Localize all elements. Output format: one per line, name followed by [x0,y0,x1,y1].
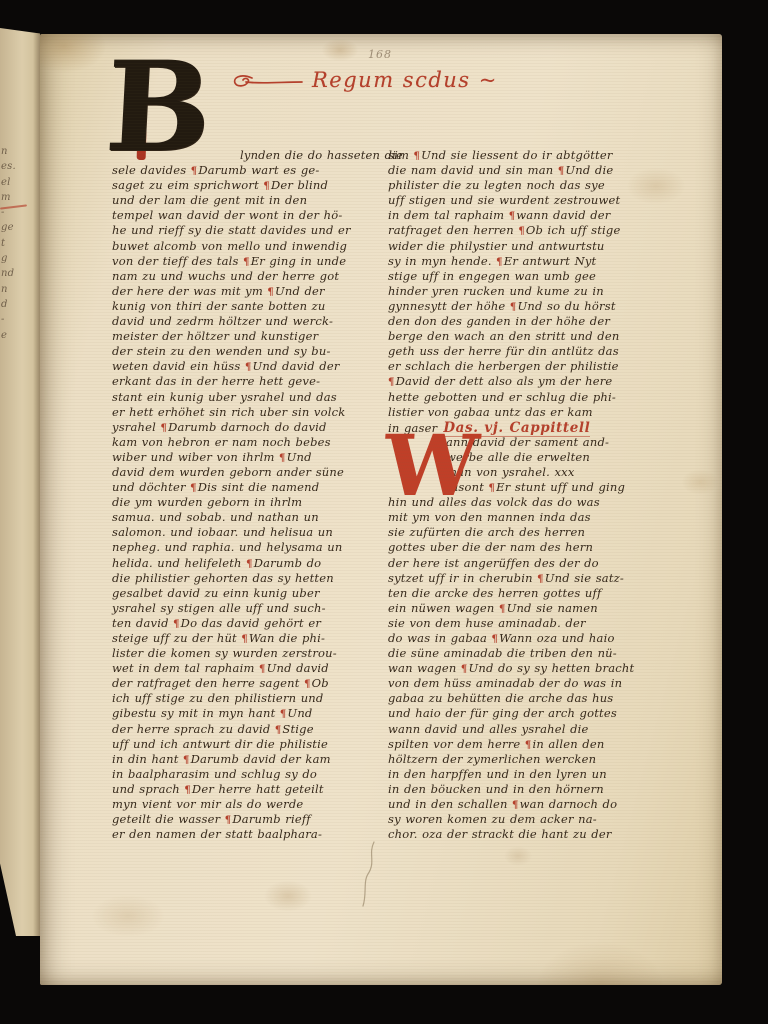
text-line: nepheg. und raphia. und helysama un [112,540,390,555]
text-line: die süne aminadab die triben den nü- [388,646,666,661]
text-line: el [0,177,31,192]
text-line: geth uss der herre für din antlütz das [388,344,666,359]
text-line: er den namen der statt baalphara- [112,827,390,842]
text-line: in dem tal raphaim ¶wann david der [388,208,666,223]
text-line: buwet alcomb von mello und inwendig [112,239,390,254]
text-line: do was in gabaa ¶Wann oza und haio [388,631,666,646]
text-line: helida. und helifeleth ¶Darumb do [112,556,390,571]
text-line: wider die philystier und antwurtstu [388,239,666,254]
text-line: hinder yren rucken und kume zu in [388,284,666,299]
text-line: und in den schallen ¶wan darnoch do [388,797,666,812]
text-line: philister die zu legten noch das sye [388,178,666,193]
text-line: steige uff zu der hüt ¶Wan die phi- [112,631,390,646]
text-line: und döchter ¶Dis sint die namend [112,480,390,495]
text-line: chor. oza der strackt die hant zu der [388,827,666,842]
text-line: es. [0,161,31,176]
text-line: - [0,207,31,222]
text-line: g [0,253,31,268]
ink-flourish-mark [358,840,384,910]
text-line: d [0,299,31,314]
text-line: in den böucken und in den hörnern [388,782,666,797]
text-line: david und zedrm höltzer und werck- [112,314,390,329]
text-line: ten die arcke des herren gottes uff [388,586,666,601]
title-flourish [232,69,304,91]
text-line: und haio der für ging der arch gottes [388,706,666,721]
text-line: von dem hüss aminadab der do was in [388,676,666,691]
text-line: ich uff stige zu den philistiern und [112,691,390,706]
text-line: und der lam die gent mit in den [112,193,390,208]
text-line: weten david ein hüss ¶Und david der [112,359,390,374]
text-line: salomon. und iobaar. und helisua un [112,525,390,540]
text-line: ten david ¶Do das david gehört er [112,616,390,631]
text-line: tempel wan david der wont in der hö- [112,208,390,223]
text-line: den don des ganden in der höhe der [388,314,666,329]
text-line: kam von hebron er nam noch bebes [112,435,390,450]
text-line: sy in myn hende. ¶Er antwurt Nyt [388,254,666,269]
text-line: in baalpharasim und schlug sy do [112,767,390,782]
text-line: berge den wach an den stritt und den [388,329,666,344]
text-line: ratfraget den herren ¶Ob ich uff stige [388,223,666,238]
chapter-initial-w: W [382,437,444,497]
text-line: gynnesytt der höhe ¶Und so du hörst [388,299,666,314]
text-line: wann david und alles ysrahel die [388,722,666,737]
text-line: wiber und wiber von ihrlm ¶Und [112,450,390,465]
text-line: meister der höltzer und kunstiger [112,329,390,344]
text-line: er hett erhöhet sin rich uber sin volck [112,405,390,420]
text-line: samua. und sobab. und nathan un [112,510,390,525]
text-line: die nam david und sin man ¶Und die [388,163,666,178]
chapter-opening: W ann david der sament and-werbe alle di… [388,435,666,495]
text-line: und sprach ¶Der herre hatt geteilt [112,782,390,797]
text-line: ge [0,222,31,237]
gutter-crease [33,28,40,936]
text-line: gesalbet david zu einn kunig uber [112,586,390,601]
manuscript-page: 168 Regum scdus ~ B lynden die do hasset… [40,34,722,985]
text-line: ysrahel ¶Darumb darnoch do david [112,420,390,435]
text-line: der here der was mit ym ¶Und der [112,284,390,299]
text-line: - [0,314,31,329]
text-line: ein nüwen wagen ¶Und sie namen [388,601,666,616]
text-line: wan wagen ¶Und do sy sy hetten bracht [388,661,666,676]
manuscript-photo: nes.elm-getgndnd-e 168 Regum scdus ~ B l… [0,0,768,1024]
text-line: david dem wurden geborn ander süne [112,465,390,480]
text-line: gibestu sy mit in myn hant ¶Und [112,706,390,721]
text-line: nam zu und wuchs und der herre got [112,269,390,284]
right-column-part1: sim ¶Und sie liessent do ir abtgötterdie… [388,148,666,420]
text-line: höltzern der zymerlichen wercken [388,752,666,767]
text-line: sytzet uff ir in cherubin ¶Und sie satz- [388,571,666,586]
text-line: stige uff in engegen wan umb gee [388,269,666,284]
text-line: lynden die do hasseten die [112,148,390,163]
text-line: e [0,330,31,345]
text-line: kunig von thiri der sante botten zu [112,299,390,314]
right-column-part3: hin und alles das volck das do wasmit ym… [388,495,666,842]
text-line: in din hant ¶Darumb david der kam [112,752,390,767]
text-line: geteilt die wasser ¶Darumb rieff [112,812,390,827]
text-column-right: sim ¶Und sie liessent do ir abtgötterdie… [388,148,666,842]
text-line: stant ein kunig uber ysrahel und das [112,390,390,405]
text-line: sie von dem huse aminadab. der [388,616,666,631]
text-line: t [0,238,31,253]
text-line: ¶David der dett also als ym der here [388,374,666,389]
text-line: der herre sprach zu david ¶Stige [112,722,390,737]
text-line: er schlach die herbergen der philistie [388,359,666,374]
text-line: gabaa zu behütten die arche das hus [388,691,666,706]
text-line: nd [0,268,31,283]
text-line: gottes uber die der nam des hern [388,540,666,555]
text-line: die philistier gehorten das sy hetten [112,571,390,586]
text-line: die ym wurden geborn in ihrlm [112,495,390,510]
text-line: der stein zu den wenden und sy bu- [112,344,390,359]
text-line: der here ist angerüffen des der do [388,556,666,571]
text-line: myn vient vor mir als do werde [112,797,390,812]
text-line: der ratfraget den herre sagent ¶Ob [112,676,390,691]
text-line: in den harpffen und in den lyren un [388,767,666,782]
text-line: spilten vor dem herre ¶in allen den [388,737,666,752]
folio-number: 168 [368,48,392,61]
text-line: hette gebotten und er schlug die phi- [388,390,666,405]
text-line: sim ¶Und sie liessent do ir abtgötter [388,148,666,163]
text-line: von der tieff des tals ¶Er ging in unde [112,254,390,269]
text-line: ysrahel sy stigen alle uff und such- [112,601,390,616]
running-title-text: Regum scdus ~ [312,68,498,92]
running-title: Regum scdus ~ [232,68,498,92]
text-line: saget zu eim sprichwort ¶Der blind [112,178,390,193]
text-line: sele davides ¶Darumb wart es ge- [112,163,390,178]
text-line: uff stigen und sie wurdent zestrouwet [388,193,666,208]
text-line: lister die komen sy wurden zerstrou- [112,646,390,661]
text-line: n [0,146,31,161]
text-line: wet in dem tal raphaim ¶Und david [112,661,390,676]
text-line: he und rieff sy die statt davides und er [112,223,390,238]
text-line: uff und ich antwurt dir die philistie [112,737,390,752]
text-column-left: lynden die do hasseten diesele davides ¶… [112,148,390,842]
facing-page-edge: nes.elm-getgndnd-e [0,28,40,936]
text-line: sy woren komen zu dem acker na- [388,812,666,827]
text-line: sie zufürten die arch des herren [388,525,666,540]
text-line: erkant das in der herre hett geve- [112,374,390,389]
text-line: n [0,284,31,299]
